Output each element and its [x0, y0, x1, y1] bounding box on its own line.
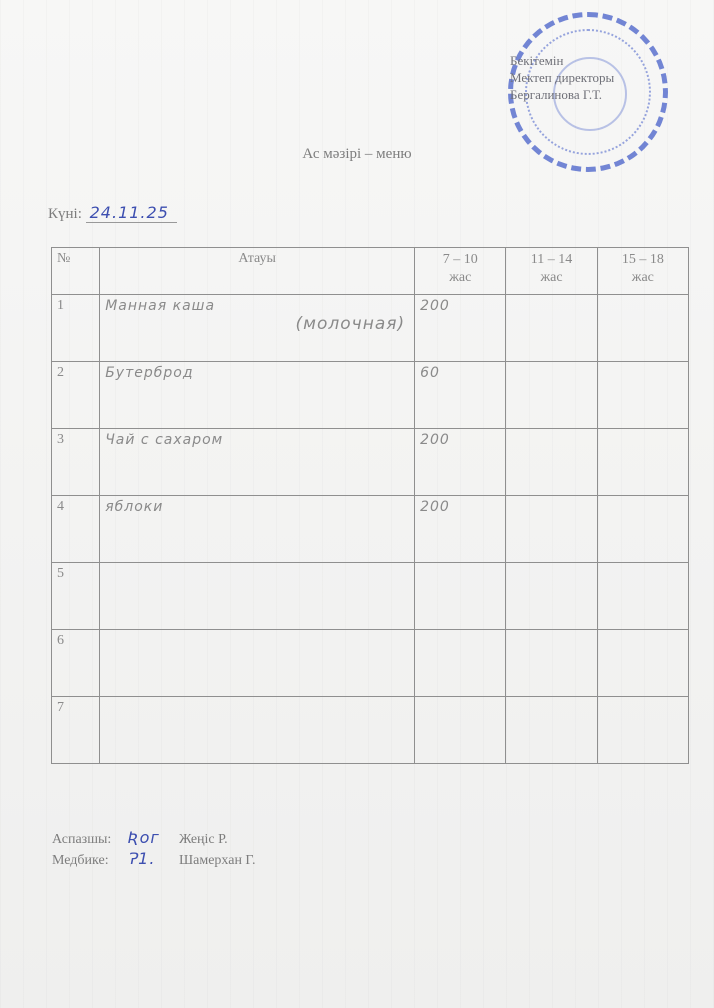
row-age3 — [597, 563, 688, 630]
cook-signature-row: Аспазшы: Ʀог Жеңіс Р. — [52, 828, 228, 848]
row-name — [100, 630, 415, 697]
row-num: 5 — [52, 563, 100, 630]
row-num: 4 — [52, 496, 100, 563]
row-age1: 60 — [415, 362, 506, 429]
cook-name: Жеңіс Р. — [179, 832, 228, 847]
row-age2 — [506, 697, 597, 764]
row-name: яблоки — [100, 496, 415, 563]
table-header-row: № Атауы 7 – 10 жас 11 – 14 жас 15 – 18 ж… — [52, 248, 689, 295]
age-range: 7 – 10 — [443, 252, 478, 267]
cook-role: Аспазшы: — [52, 832, 124, 848]
date-label: Күні: — [48, 206, 82, 222]
header-age-15-18: 15 – 18 жас — [597, 248, 688, 295]
header-name: Атауы — [100, 248, 415, 295]
row-age1: 200 — [415, 429, 506, 496]
row-num: 1 — [52, 295, 100, 362]
menu-table: № Атауы 7 – 10 жас 11 – 14 жас 15 – 18 ж… — [51, 247, 689, 764]
nurse-signature-row: Медбике: Ɂ1. Шамерхан Г. — [52, 849, 255, 869]
row-name: Манная каша (молочная) — [100, 295, 415, 362]
table-row: 6 — [52, 630, 689, 697]
row-age3 — [597, 362, 688, 429]
row-age3 — [597, 429, 688, 496]
approval-line-3: Бергалинова Г.Т. — [510, 86, 680, 103]
table-row: 4 яблоки 200 — [52, 496, 689, 563]
approval-line-2: Мектеп директоры — [510, 69, 680, 86]
table-row: 3 Чай с сахаром 200 — [52, 429, 689, 496]
header-num: № — [52, 248, 100, 295]
header-age-11-14: 11 – 14 жас — [506, 248, 597, 295]
row-num: 3 — [52, 429, 100, 496]
nurse-signature: Ɂ1. — [128, 849, 176, 868]
row-num: 2 — [52, 362, 100, 429]
row-age3 — [597, 697, 688, 764]
row-name — [100, 563, 415, 630]
approval-block: Бекітемін Мектеп директоры Бергалинова Г… — [510, 52, 680, 103]
age-unit: жас — [449, 270, 471, 285]
cook-signature: Ʀог — [128, 828, 176, 847]
row-age2 — [506, 630, 597, 697]
row-age1: 200 — [415, 295, 506, 362]
approval-line-1: Бекітемін — [510, 52, 680, 69]
table-row: 7 — [52, 697, 689, 764]
age-unit: жас — [632, 270, 654, 285]
row-age2 — [506, 563, 597, 630]
row-age1 — [415, 630, 506, 697]
date-row: Күні: 24.11.25 — [48, 203, 177, 223]
row-age2 — [506, 496, 597, 563]
row-age2 — [506, 295, 597, 362]
age-range: 15 – 18 — [622, 252, 664, 267]
row-age2 — [506, 429, 597, 496]
row-name — [100, 697, 415, 764]
date-value: 24.11.25 — [86, 203, 177, 223]
page-title: Ас мәзірі – меню — [0, 146, 714, 163]
row-age1 — [415, 563, 506, 630]
table-row: 5 — [52, 563, 689, 630]
row-age3 — [597, 496, 688, 563]
row-age1: 200 — [415, 496, 506, 563]
header-age-7-10: 7 – 10 жас — [415, 248, 506, 295]
row-num: 7 — [52, 697, 100, 764]
row-age2 — [506, 362, 597, 429]
row-name: Чай с сахаром — [100, 429, 415, 496]
row-name: Бутерброд — [100, 362, 415, 429]
row-age3 — [597, 295, 688, 362]
row-age1 — [415, 697, 506, 764]
table-row: 1 Манная каша (молочная) 200 — [52, 295, 689, 362]
age-unit: жас — [540, 270, 562, 285]
row-age3 — [597, 630, 688, 697]
nurse-name: Шамерхан Г. — [179, 853, 255, 868]
nurse-role: Медбике: — [52, 853, 124, 869]
table-row: 2 Бутерброд 60 — [52, 362, 689, 429]
dish-name: Манная каша — [105, 298, 215, 314]
age-range: 11 – 14 — [531, 252, 572, 267]
row-num: 6 — [52, 630, 100, 697]
dish-name-sub: (молочная) — [105, 314, 409, 334]
